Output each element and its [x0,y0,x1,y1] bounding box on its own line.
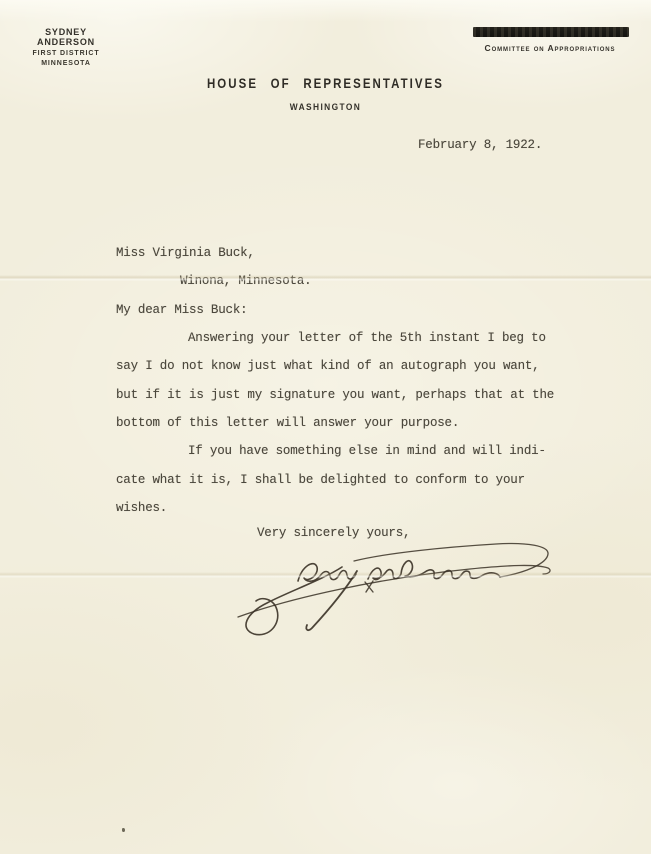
body-line: If you have something else in mind and w… [188,444,546,458]
salutation-line: My dear Miss Buck: [116,303,247,317]
signature-name-last-stroke [368,561,500,580]
body-line: Answering your letter of the 5th instant… [188,331,546,345]
date-line: February 8, 1922. [418,138,542,152]
body-line: but if it is just my signature you want,… [116,388,554,402]
signature-name-first-stroke [298,564,356,582]
body-line: wishes. [116,501,167,515]
signature-tick-marks [365,581,373,592]
letter-page: SYDNEY ANDERSON FIRST DISTRICT MINNESOTA… [0,0,651,854]
recipient-address-line: Winona, Minnesota. [180,274,311,288]
signature: Sydney Anderson [228,536,558,642]
signature-underline-stroke [238,565,550,617]
body-line: bottom of this letter will answer your p… [116,416,459,430]
recipient-name-line: Miss Virginia Buck, [116,246,255,260]
signature-loop-stroke [246,567,342,635]
body-line: say I do not know just what kind of an a… [116,359,539,373]
body-line: cate what it is, I shall be delighted to… [116,473,525,487]
ink-speck [122,828,125,832]
typed-text-layer: February 8, 1922. Miss Virginia Buck, Wi… [0,0,651,854]
